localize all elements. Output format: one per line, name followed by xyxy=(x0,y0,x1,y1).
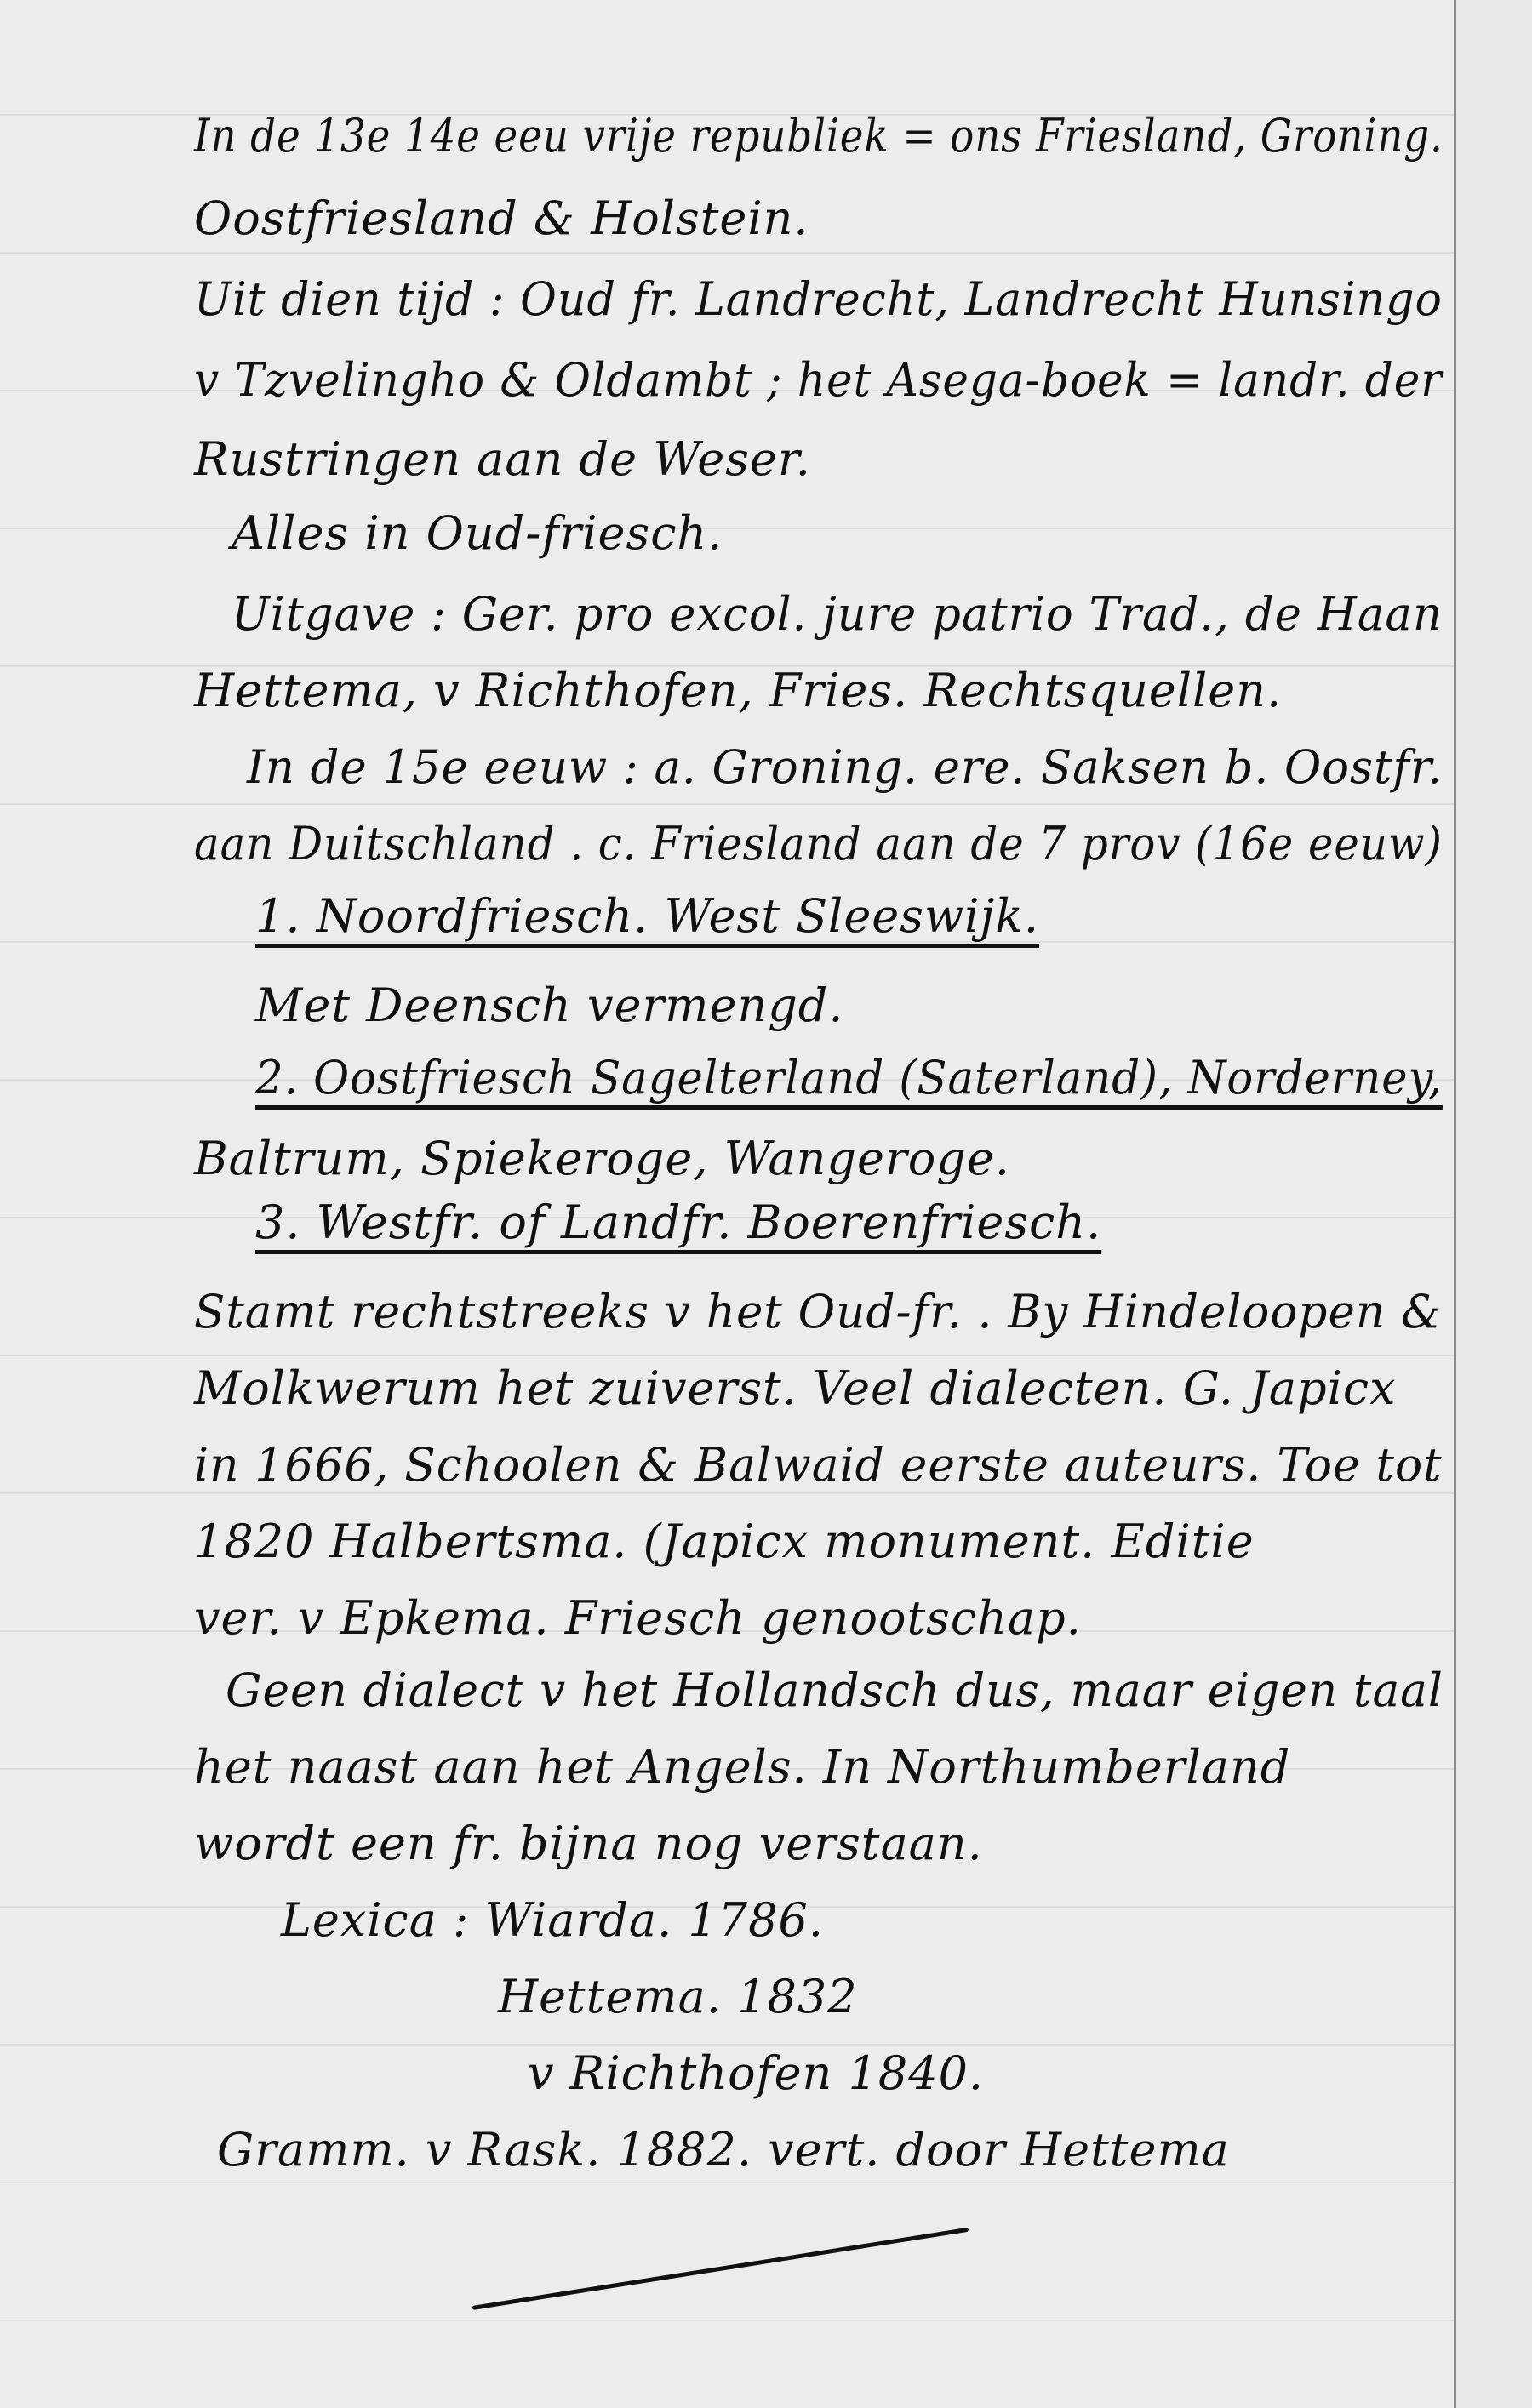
text-line-1: In de 13e 14e eeu vrije republiek = ons … xyxy=(194,109,1443,163)
text-line-2: Oostfriesland & Holstein. xyxy=(194,191,809,245)
heading-oostfriesch: 2. Oostfriesch Sagelterland (Saterland),… xyxy=(255,1051,1443,1104)
lexica-line-2: Hettema. 1832 xyxy=(498,1970,858,2023)
right-margin-area xyxy=(1456,0,1532,2408)
text-line-6: Alles in Oud-friesch. xyxy=(232,506,723,560)
lexica-line-3: v Richthofen 1840. xyxy=(528,2046,984,2100)
vertical-margin-rule xyxy=(1454,0,1456,2408)
text-line-19: 1820 Halbertsma. (Japicx monument. Editi… xyxy=(194,1515,1255,1568)
text-line-5: Rustringen aan de Weser. xyxy=(194,432,811,486)
manuscript-page: In de 13e 14e eeu vrije republiek = ons … xyxy=(0,0,1532,2408)
text-line-4: v Tzvelingho & Oldambt ; het Asega-boek … xyxy=(194,353,1443,407)
text-line-18: in 1666, Schoolen & Balwaid eerste auteu… xyxy=(194,1438,1443,1492)
text-line-12: Met Deensch vermengd. xyxy=(255,979,844,1032)
heading-westfriesch-text: 3. Westfr. of Landfr. Boerenfriesch. xyxy=(255,1195,1101,1249)
heading-noordfriesch: 1. Noordfriesch. West Sleeswijk. xyxy=(255,889,1039,943)
heading-westfriesch: 3. Westfr. of Landfr. Boerenfriesch. xyxy=(255,1195,1101,1249)
closing-end-stroke xyxy=(472,2228,969,2310)
text-line-9: In de 15e eeuw : a. Groning. ere. Saksen… xyxy=(247,740,1443,794)
text-line-17: Molkwerum het zuiverst. Veel dialecten. … xyxy=(194,1361,1397,1415)
heading-noordfriesch-text: 1. Noordfriesch. West Sleeswijk. xyxy=(255,889,1039,943)
text-line-7: Uitgave : Ger. pro excol. jure patrio Tr… xyxy=(232,587,1443,641)
text-line-8: Hettema, v Richthofen, Fries. Rechtsquel… xyxy=(194,664,1282,717)
text-line-22: het naast aan het Angels. In Northumberl… xyxy=(194,1740,1290,1794)
heading-oostfriesch-text: 2. Oostfriesch Sagelterland (Saterland),… xyxy=(255,1051,1443,1104)
text-line-14: Baltrum, Spiekeroge, Wangeroge. xyxy=(194,1132,1010,1185)
text-line-23: wordt een fr. bijna nog verstaan. xyxy=(194,1817,983,1870)
text-line-16: Stamt rechtstreeks v het Oud-fr. . By Hi… xyxy=(194,1285,1442,1338)
text-line-3: Uit dien tijd : Oud fr. Landrecht, Landr… xyxy=(194,272,1443,326)
lexica-line-1: Lexica : Wiarda. 1786. xyxy=(281,1893,824,1947)
grammar-line: Gramm. v Rask. 1882. vert. door Hettema xyxy=(217,2123,1230,2177)
text-line-10: aan Duitschland . c. Friesland aan de 7 … xyxy=(194,817,1443,870)
text-line-20: ver. v Epkema. Friesch genootschap. xyxy=(194,1591,1082,1645)
text-line-21: Geen dialect v het Hollandsch dus, maar … xyxy=(226,1663,1443,1717)
